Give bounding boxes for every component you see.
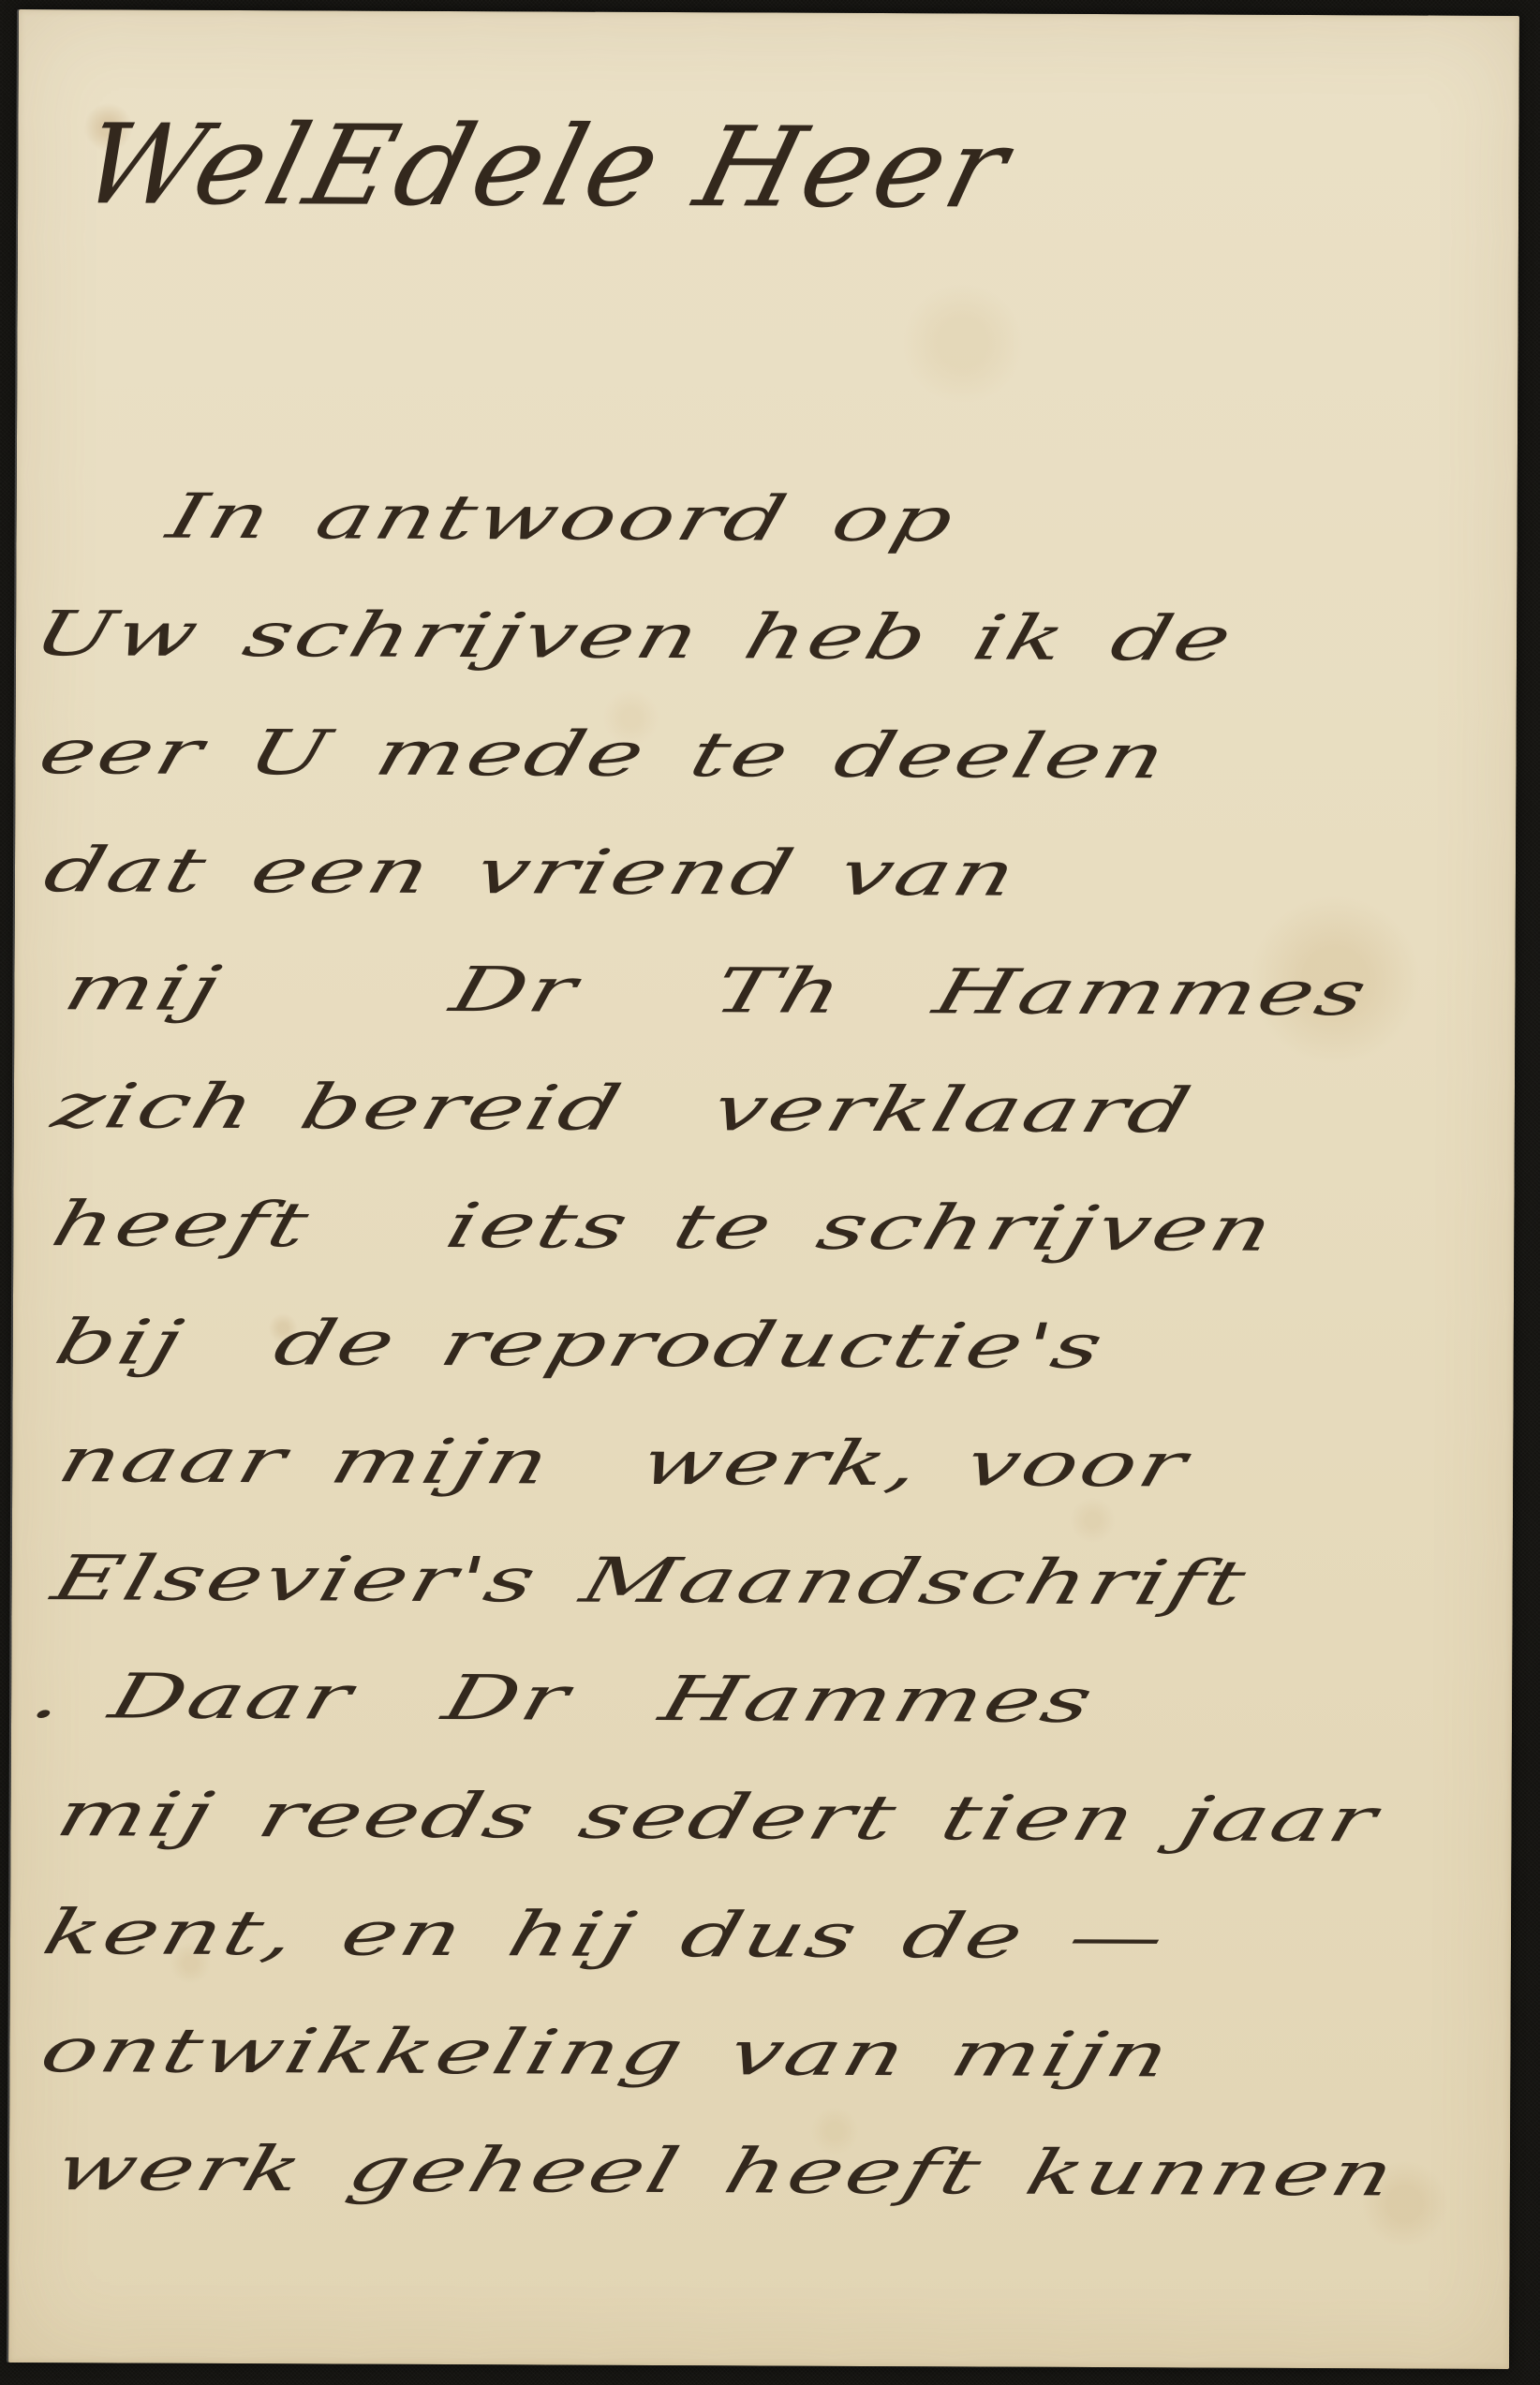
- letter-line: kent, en hij dus de —: [30, 1874, 1519, 2001]
- letter-line: heeft iets te schrijven: [38, 1165, 1518, 1293]
- letter-body: In antwoord opUw schrijven heb ik deeer …: [9, 457, 1518, 2234]
- letter-line: bij de reproductie's: [42, 1283, 1519, 1411]
- letter-line: naar mijn werk, voor: [45, 1401, 1519, 1529]
- letter-greeting: WelEdele Heer: [68, 99, 1024, 232]
- letter-line: zich bereid verklaard: [39, 1047, 1519, 1175]
- letter-line: eer U mede te deelen: [26, 693, 1519, 821]
- letter-line: . Daar Dr Hammes: [18, 1637, 1519, 1765]
- letter-line: Uw schrijven heb ik de: [21, 575, 1519, 703]
- letter-line: dat een vriend van: [31, 811, 1519, 939]
- letter-line: werk geheel heeft kunnen: [42, 2110, 1519, 2237]
- scan-background: WelEdele Heer In antwoord opUw schrijven…: [0, 0, 1540, 2385]
- letter-line: ontwikkeling van mijn: [28, 1992, 1519, 2119]
- letter-line: Elsevier's Maandschrift: [39, 1519, 1519, 1647]
- letter-paper: WelEdele Heer In antwoord opUw schrijven…: [8, 9, 1519, 2369]
- letter-line: In antwoord op: [155, 458, 1519, 585]
- letter-line: mij Dr Th Hammes: [52, 929, 1519, 1057]
- letter-line: mij reeds sedert tien jaar: [44, 1755, 1519, 1883]
